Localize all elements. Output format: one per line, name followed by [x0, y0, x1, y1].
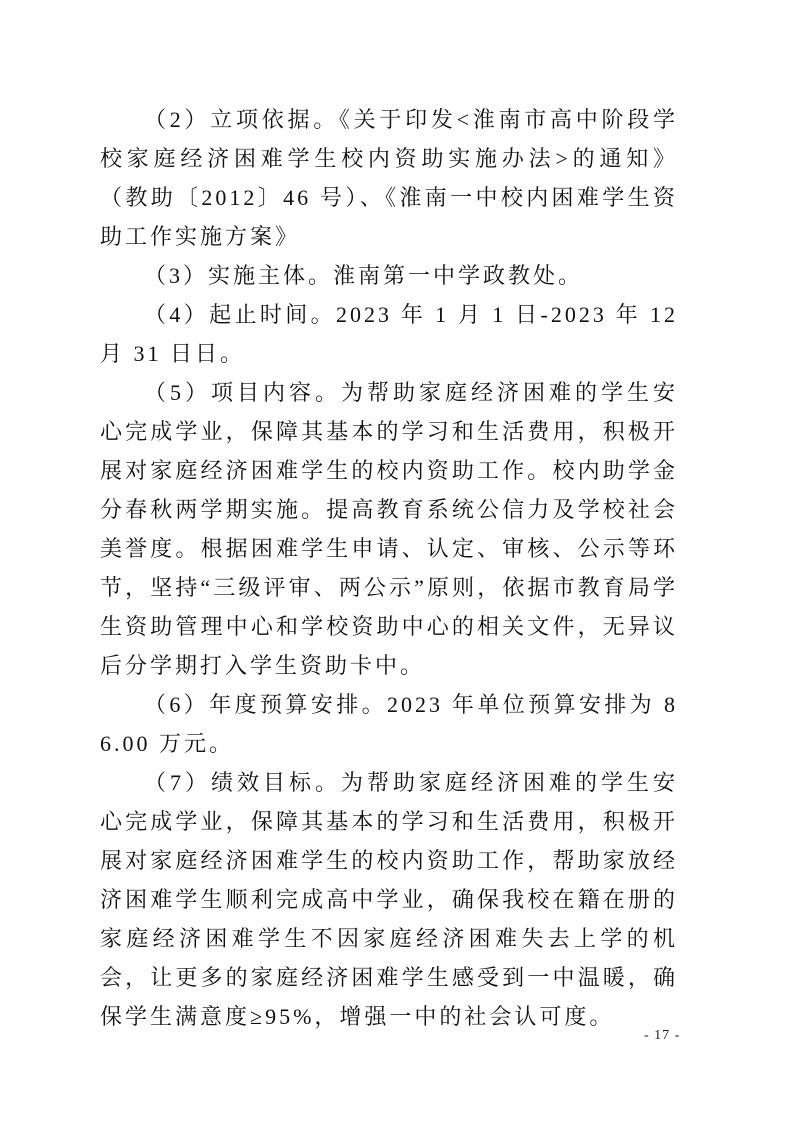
document-body-text: （2）立项依据。《关于印发<淮南市高中阶段学校家庭经济困难学生校内资助实施办法>…: [100, 100, 678, 1036]
paragraph-item-4-time-period: （4）起止时间。2023 年 1 月 1 日-2023 年 12 月 31 日日…: [100, 295, 678, 373]
page-number: - 17 -: [644, 1028, 680, 1044]
document-page: （2）立项依据。《关于印发<淮南市高中阶段学校家庭经济困难学生校内资助实施办法>…: [0, 0, 793, 1122]
paragraph-item-5-project-content: （5）项目内容。为帮助家庭经济困难的学生安心完成学业，保障其基本的学习和生活费用…: [100, 373, 678, 685]
paragraph-item-6-annual-budget: （6）年度预算安排。2023 年单位预算安排为 86.00 万元。: [100, 685, 678, 763]
paragraph-item-7-performance-goal: （7）绩效目标。为帮助家庭经济困难的学生安心完成学业，保障其基本的学习和生活费用…: [100, 763, 678, 1036]
paragraph-item-2-project-basis: （2）立项依据。《关于印发<淮南市高中阶段学校家庭经济困难学生校内资助实施办法>…: [100, 100, 678, 256]
paragraph-item-3-implementing-entity: （3）实施主体。淮南第一中学政教处。: [100, 256, 678, 295]
